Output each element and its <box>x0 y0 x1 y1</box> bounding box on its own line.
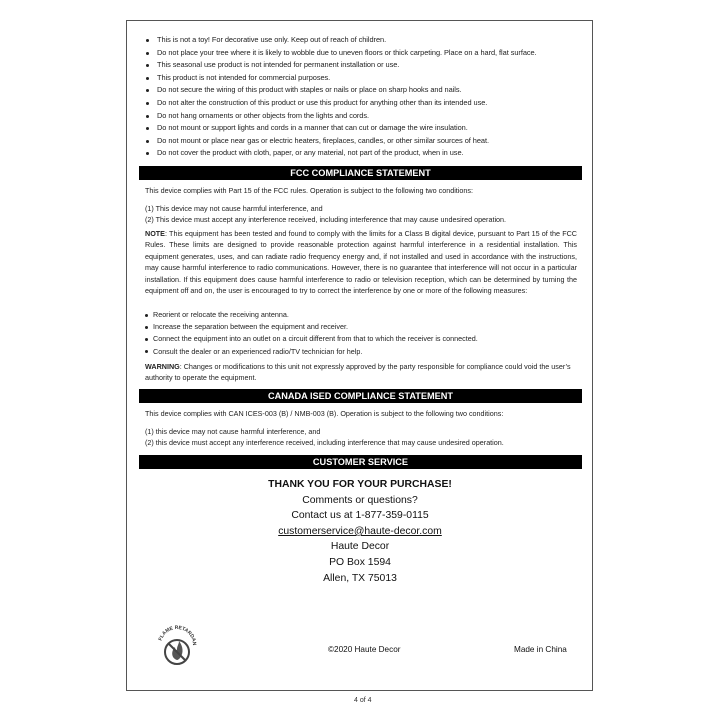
measure-item: Increase the separation between the equi… <box>145 321 478 333</box>
fcc-heading: FCC COMPLIANCE STATEMENT <box>139 166 582 180</box>
fcc-note: NOTE: This equipment has been tested and… <box>145 228 577 296</box>
city-address: Allen, TX 75013 <box>200 571 520 587</box>
comments-text: Comments or questions? <box>200 493 520 509</box>
safety-list: This is not a toy! For decorative use on… <box>145 34 585 160</box>
page-number: 4 of 4 <box>354 697 372 704</box>
thanks-text: THANK YOU FOR YOUR PURCHASE! <box>200 477 520 493</box>
safety-item: Do not alter the construction of this pr… <box>145 97 585 110</box>
svg-text:FLAME RETARDANT: FLAME RETARDANT <box>152 620 197 646</box>
safety-item: This product is not intended for commerc… <box>145 72 585 85</box>
measure-item: Reorient or relocate the receiving anten… <box>145 309 478 321</box>
company-name: Haute Decor <box>200 539 520 555</box>
customer-service-heading: CUSTOMER SERVICE <box>139 455 582 469</box>
warning-label: WARNING <box>145 362 180 371</box>
safety-item: Do not mount or support lights and cords… <box>145 122 585 135</box>
measure-item: Consult the dealer or an experienced rad… <box>145 346 478 358</box>
customer-service-block: THANK YOU FOR YOUR PURCHASE! Comments or… <box>200 477 520 586</box>
copyright-text: ©2020 Haute Decor <box>328 645 400 654</box>
fcc-measures-list: Reorient or relocate the receiving anten… <box>145 309 478 358</box>
safety-item: Do not cover the product with cloth, pap… <box>145 147 585 160</box>
fcc-condition-1: (1) This device may not cause harmful in… <box>145 203 577 214</box>
safety-item: Do not place your tree where it is likel… <box>145 47 585 60</box>
note-text: : This equipment has been tested and fou… <box>145 229 577 295</box>
fcc-condition-2: (2) This device must accept any interfer… <box>145 214 577 225</box>
safety-item: Do not hang ornaments or other objects f… <box>145 110 585 123</box>
po-box: PO Box 1594 <box>200 555 520 571</box>
warning-text: : Changes or modifications to this unit … <box>145 362 571 382</box>
flame-retardant-icon: FLAME RETARDANT <box>152 620 202 670</box>
safety-item: Do not mount or place near gas or electr… <box>145 135 585 148</box>
canada-heading: CANADA ISED COMPLIANCE STATEMENT <box>139 389 582 403</box>
canada-condition-1: (1) this device may not cause harmful in… <box>145 426 577 437</box>
safety-item: This seasonal use product is not intende… <box>145 59 585 72</box>
safety-item: This is not a toy! For decorative use on… <box>145 34 585 47</box>
note-label: NOTE <box>145 229 165 238</box>
canada-condition-2: (2) this device must accept any interfer… <box>145 437 577 448</box>
measure-item: Connect the equipment into an outlet on … <box>145 333 478 345</box>
safety-item: Do not secure the wiring of this product… <box>145 84 585 97</box>
fcc-warning: WARNING: Changes or modifications to thi… <box>145 361 577 384</box>
fcc-intro: This device complies with Part 15 of the… <box>145 185 577 196</box>
contact-phone: Contact us at 1-877-359-0115 <box>200 508 520 524</box>
canada-intro: This device complies with CAN ICES-003 (… <box>145 408 577 419</box>
email-link[interactable]: customerservice@haute-decor.com <box>200 524 520 540</box>
made-in-text: Made in China <box>514 645 567 654</box>
